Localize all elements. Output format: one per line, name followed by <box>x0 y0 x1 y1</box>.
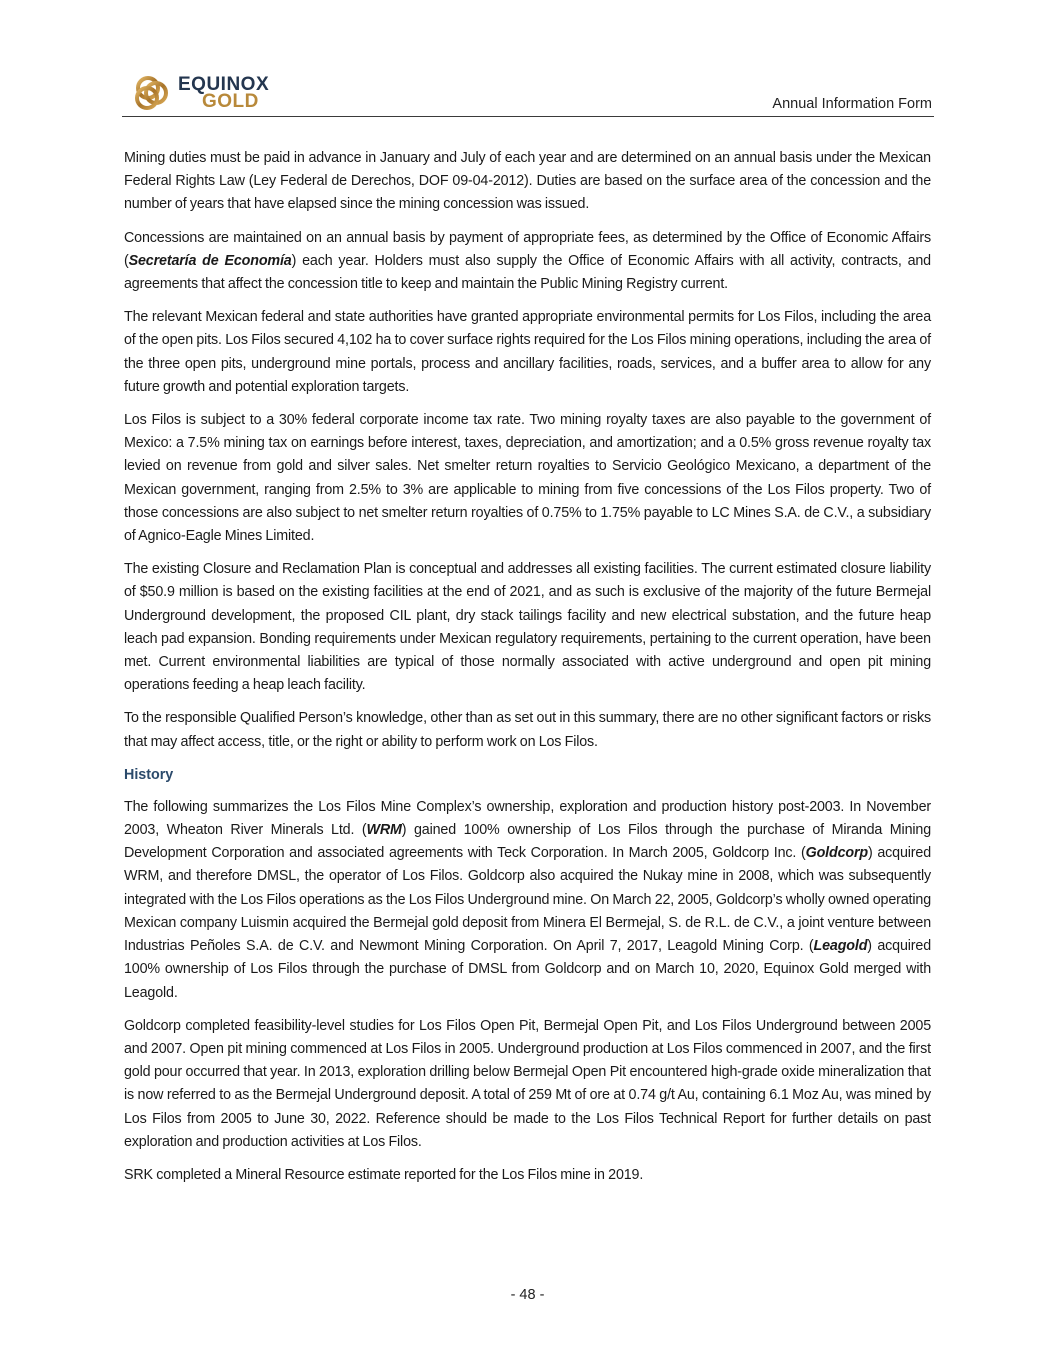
emphasis-goldcorp: Goldcorp <box>806 845 868 861</box>
page-header: EQUINOX GOLD Annual Information Form <box>122 68 934 117</box>
paragraph-history-ownership: The following summarizes the Los Filos M… <box>124 796 931 1005</box>
document-type-label: Annual Information Form <box>772 96 932 112</box>
page-body: Mining duties must be paid in advance in… <box>124 147 931 1197</box>
paragraph-taxes-royalties: Los Filos is subject to a 30% federal co… <box>124 409 931 548</box>
paragraph-closure-plan: The existing Closure and Reclamation Pla… <box>124 558 931 697</box>
emphasis-leagold: Leagold <box>814 938 868 954</box>
paragraph-history-production: Goldcorp completed feasibility-level stu… <box>124 1015 931 1154</box>
section-heading-history: History <box>124 764 931 787</box>
paragraph-history-srk: SRK completed a Mineral Resource estimat… <box>124 1164 931 1187</box>
emphasis-secretaria: Secretaría de Economía <box>129 253 292 269</box>
page-number: - 48 - <box>0 1287 1055 1303</box>
company-logo: EQUINOX GOLD <box>132 72 269 114</box>
logo-wordmark-gold: GOLD <box>178 93 269 110</box>
emphasis-wrm: WRM <box>367 822 402 838</box>
paragraph-qp-knowledge: To the responsible Qualified Person’s kn… <box>124 707 931 753</box>
logo-wordmark: EQUINOX GOLD <box>178 76 269 110</box>
text-run: ) acquired WRM, and therefore DMSL, the … <box>124 845 931 954</box>
paragraph-environmental-permits: The relevant Mexican federal and state a… <box>124 306 931 399</box>
paragraph-mining-duties: Mining duties must be paid in advance in… <box>124 147 931 217</box>
paragraph-concessions: Concessions are maintained on an annual … <box>124 227 931 297</box>
equinox-gold-swirl-logo-icon <box>132 73 172 113</box>
